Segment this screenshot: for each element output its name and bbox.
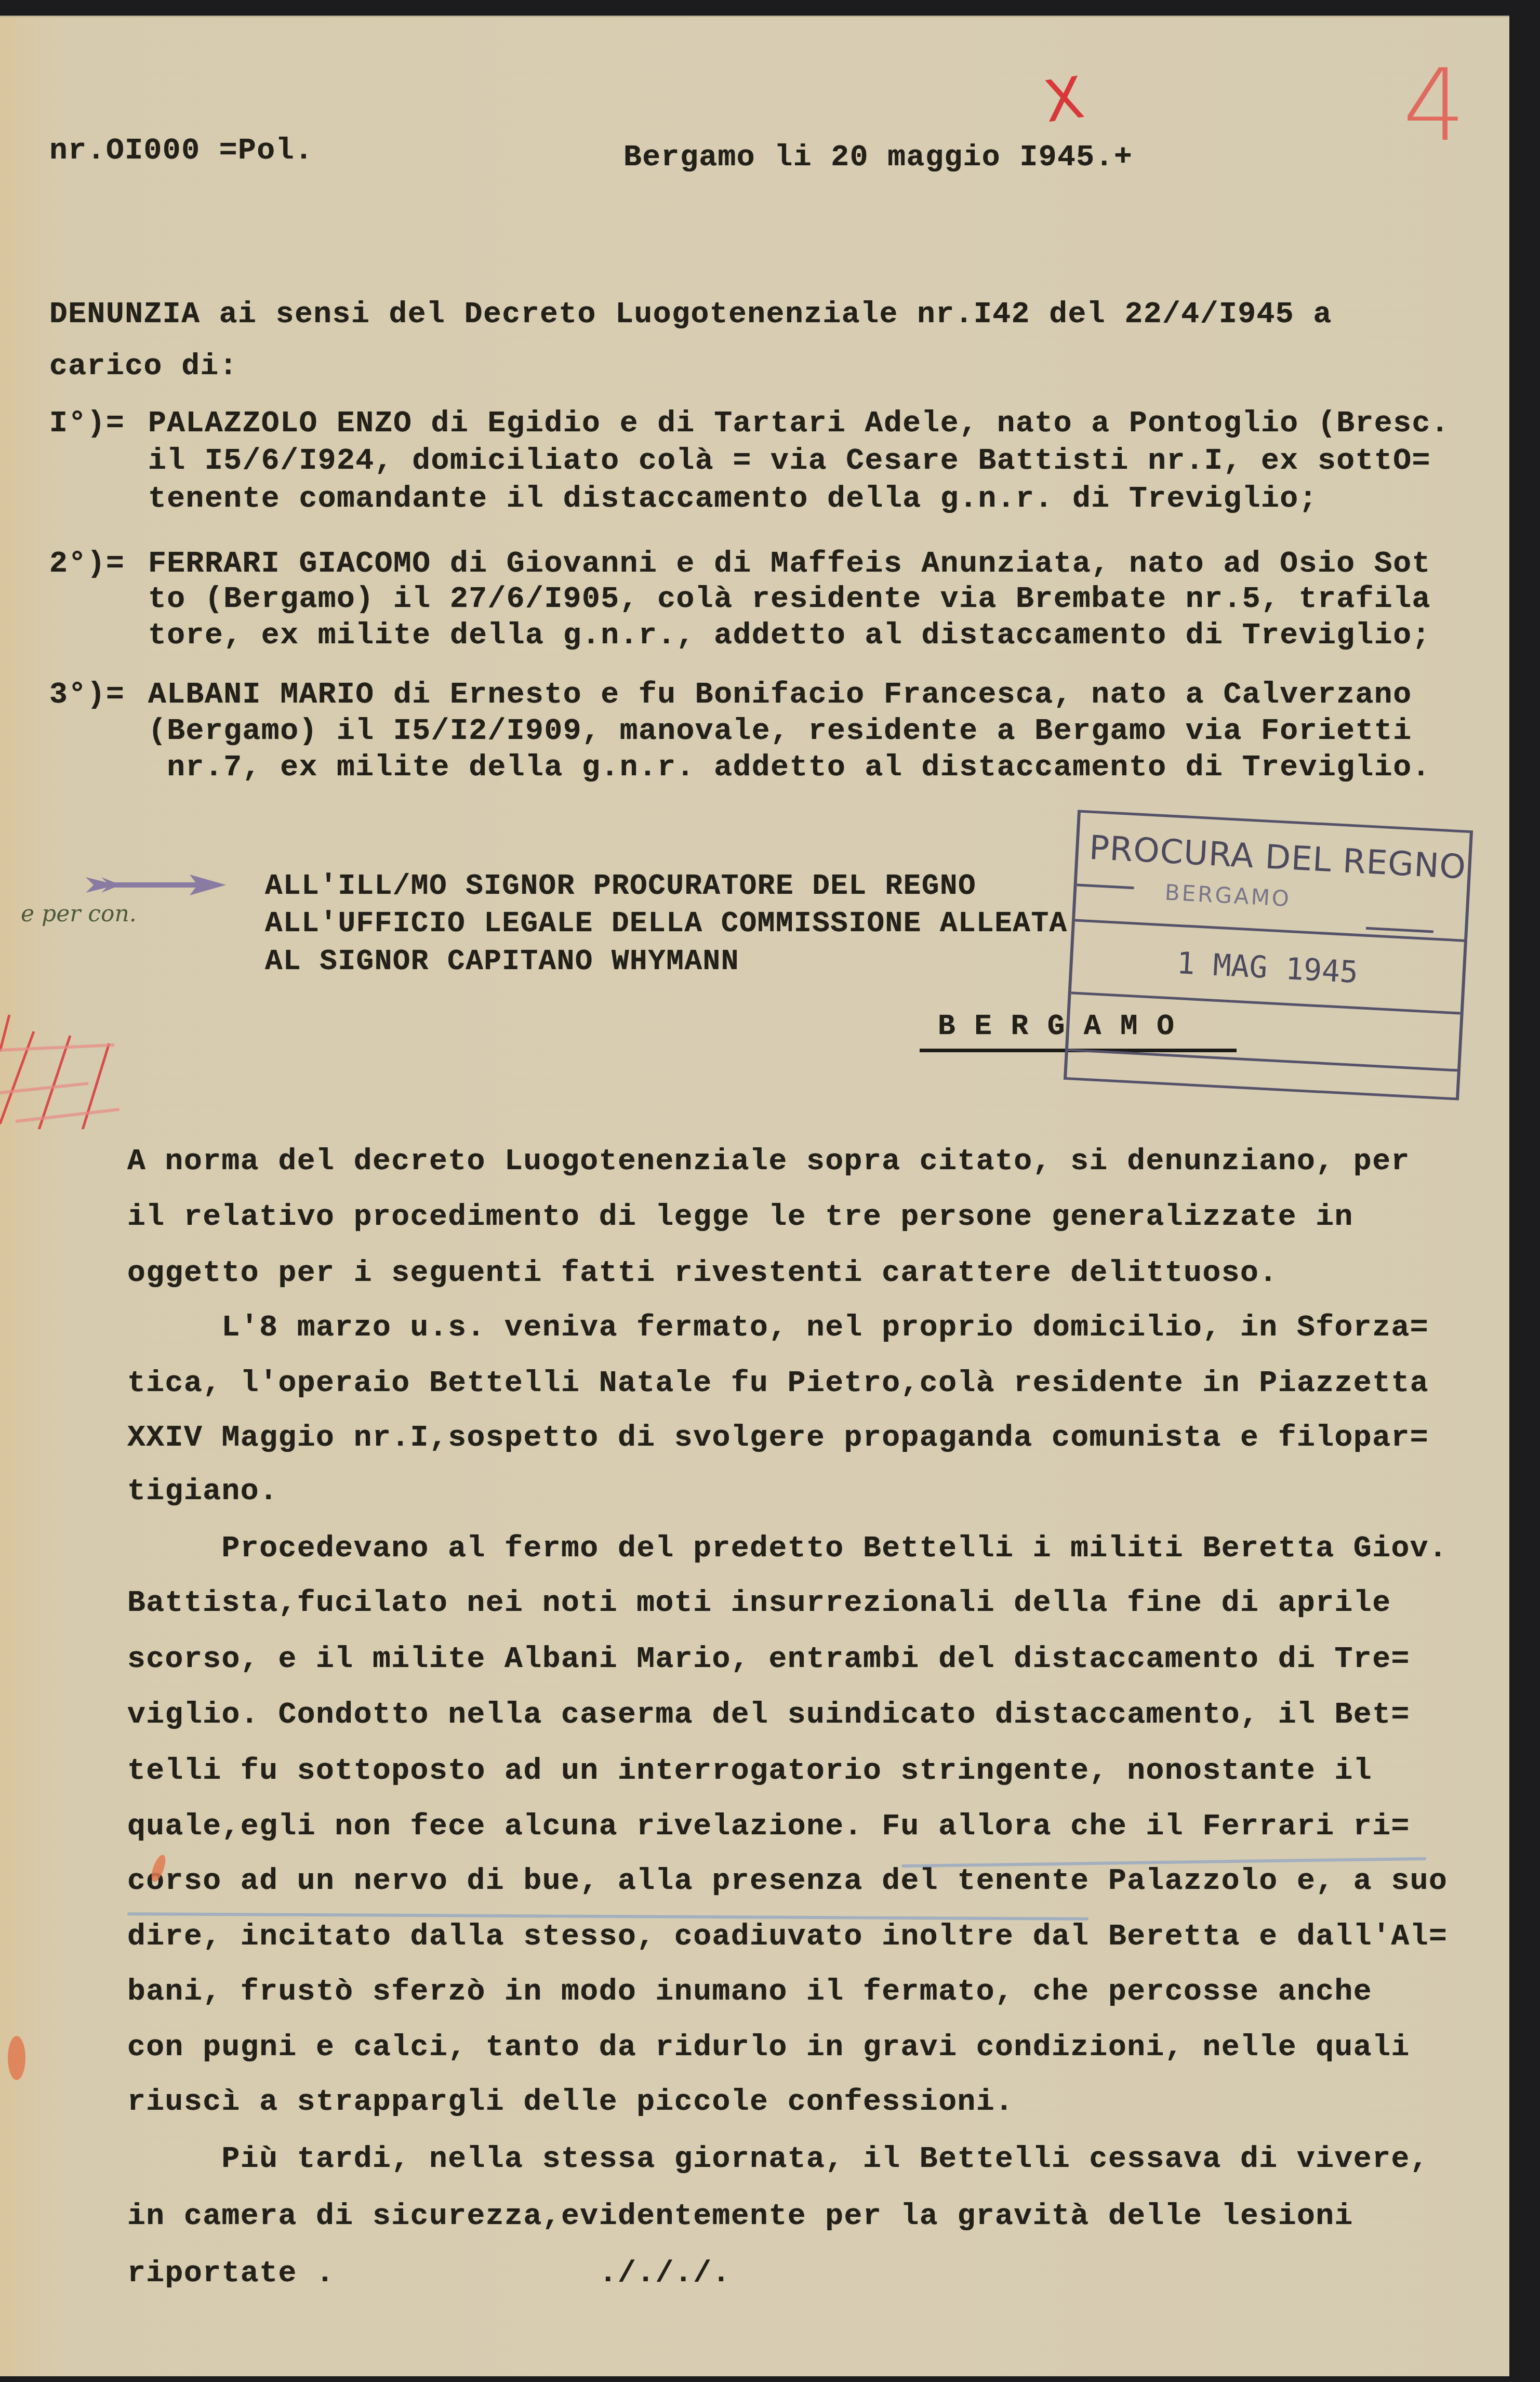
body-line: Battista,fucilato nei noti moti insurrez…	[127, 1586, 1391, 1620]
accused-line: tenente comandante il distaccamento dell…	[148, 482, 1318, 516]
body-line: A norma del decreto Luogotenenziale sopr…	[127, 1145, 1410, 1179]
body-line: corso ad un nervo di bue, alla presenza …	[127, 1864, 1448, 1898]
accused-line: PALAZZOLO ENZO di Egidio e di Tartari Ad…	[148, 407, 1450, 441]
body-line: L'8 marzo u.s. veniva fermato, nel propr…	[127, 1311, 1429, 1345]
body-line: bani, frustò sferzò in modo inumano il f…	[127, 1975, 1372, 2009]
body-line: tigiano.	[127, 1475, 278, 1508]
body-line: riportate . ./././.	[127, 2257, 731, 2291]
stamp-city: BERGAMO	[1164, 879, 1292, 911]
red-page-number: 4	[1403, 48, 1466, 163]
accused-line: ALBANI MARIO di Ernesto e fu Bonifacio F…	[148, 678, 1412, 712]
body-line: in camera di sicurezza,evidentemente per…	[127, 2200, 1353, 2233]
red-x-mark: X	[1040, 64, 1087, 135]
document-page: X 4 nr.OI000 =Pol. Bergamo li 20 maggio …	[0, 16, 1509, 2376]
body-line: con pugni e calci, tanto da ridurlo in g…	[127, 2031, 1410, 2065]
addressee-line: ALL'UFFICIO LEGALE DELLA COMMISSIONE ALL…	[265, 907, 1068, 940]
body-line: oggetto per i seguenti fatti rivestenti …	[127, 1256, 1278, 1290]
body-line: quale,egli non fece alcuna rivelazione. …	[127, 1810, 1410, 1844]
accused-number: I°)=	[49, 407, 125, 441]
body-line: scorso, e il milite Albani Mario, entram…	[127, 1643, 1410, 1676]
accused-line: FERRARI GIACOMO di Giovanni e di Maffeis…	[148, 547, 1431, 581]
accused-line: tore, ex milite della g.n.r., addetto al…	[148, 619, 1431, 653]
accused-number: 3°)=	[49, 678, 125, 712]
place-date: Bergamo li 20 maggio I945.+	[623, 141, 1133, 175]
body-line: dire, incitato dalla stesso, coadiuvato …	[127, 1920, 1448, 1954]
body-line: viglio. Condotto nella caserma del suind…	[127, 1698, 1410, 1732]
procura-stamp: PROCURA DEL REGNO BERGAMO 1 MAG 1945	[1064, 810, 1473, 1100]
body-line: riuscì a strappargli delle piccole confe…	[127, 2085, 1014, 2119]
accused-line: (Bergamo) il I5/I2/I909, manovale, resid…	[148, 714, 1412, 748]
body-line: Procedevano al fermo del predetto Bettel…	[127, 1532, 1448, 1566]
arrow-stamp-icon	[86, 875, 226, 895]
blue-pencil-underline	[127, 1912, 1088, 1921]
accused-line: nr.7, ex milite della g.n.r. addetto al …	[148, 751, 1431, 785]
body-line: XXIV Maggio nr.I,sospetto di svolgere pr…	[127, 1421, 1429, 1455]
heading-line-2: carico di:	[49, 350, 238, 383]
red-hash-mark-icon	[0, 994, 120, 1129]
body-line: Più tardi, nella stessa giornata, il Bet…	[127, 2142, 1429, 2176]
reference-number: nr.OI000 =Pol.	[49, 134, 313, 168]
addressee-line: ALL'ILL/MO SIGNOR PROCURATORE DEL REGNO	[265, 869, 976, 903]
stamp-date: 1 MAG 1945	[1176, 945, 1359, 990]
stain-mark	[8, 2036, 25, 2080]
addressee-line: AL SIGNOR CAPITANO WHYMANN	[265, 945, 739, 978]
accused-line: il I5/6/I924, domiciliato colà = via Ces…	[148, 444, 1431, 478]
body-line: tica, l'operaio Bettelli Natale fu Pietr…	[127, 1367, 1429, 1400]
accused-line: to (Bergamo) il 27/6/I905, colà resident…	[148, 583, 1431, 616]
stamp-title: PROCURA DEL REGNO	[1088, 829, 1467, 887]
accused-number: 2°)=	[49, 547, 125, 581]
body-line: telli fu sottoposto ad un interrogatorio…	[127, 1754, 1372, 1788]
body-line: il relativo procedimento di legge le tre…	[127, 1200, 1353, 1234]
margin-handwriting: e per con.	[21, 901, 137, 927]
heading-line-1: DENUNZIA ai sensi del Decreto Luogotenen…	[49, 298, 1332, 332]
